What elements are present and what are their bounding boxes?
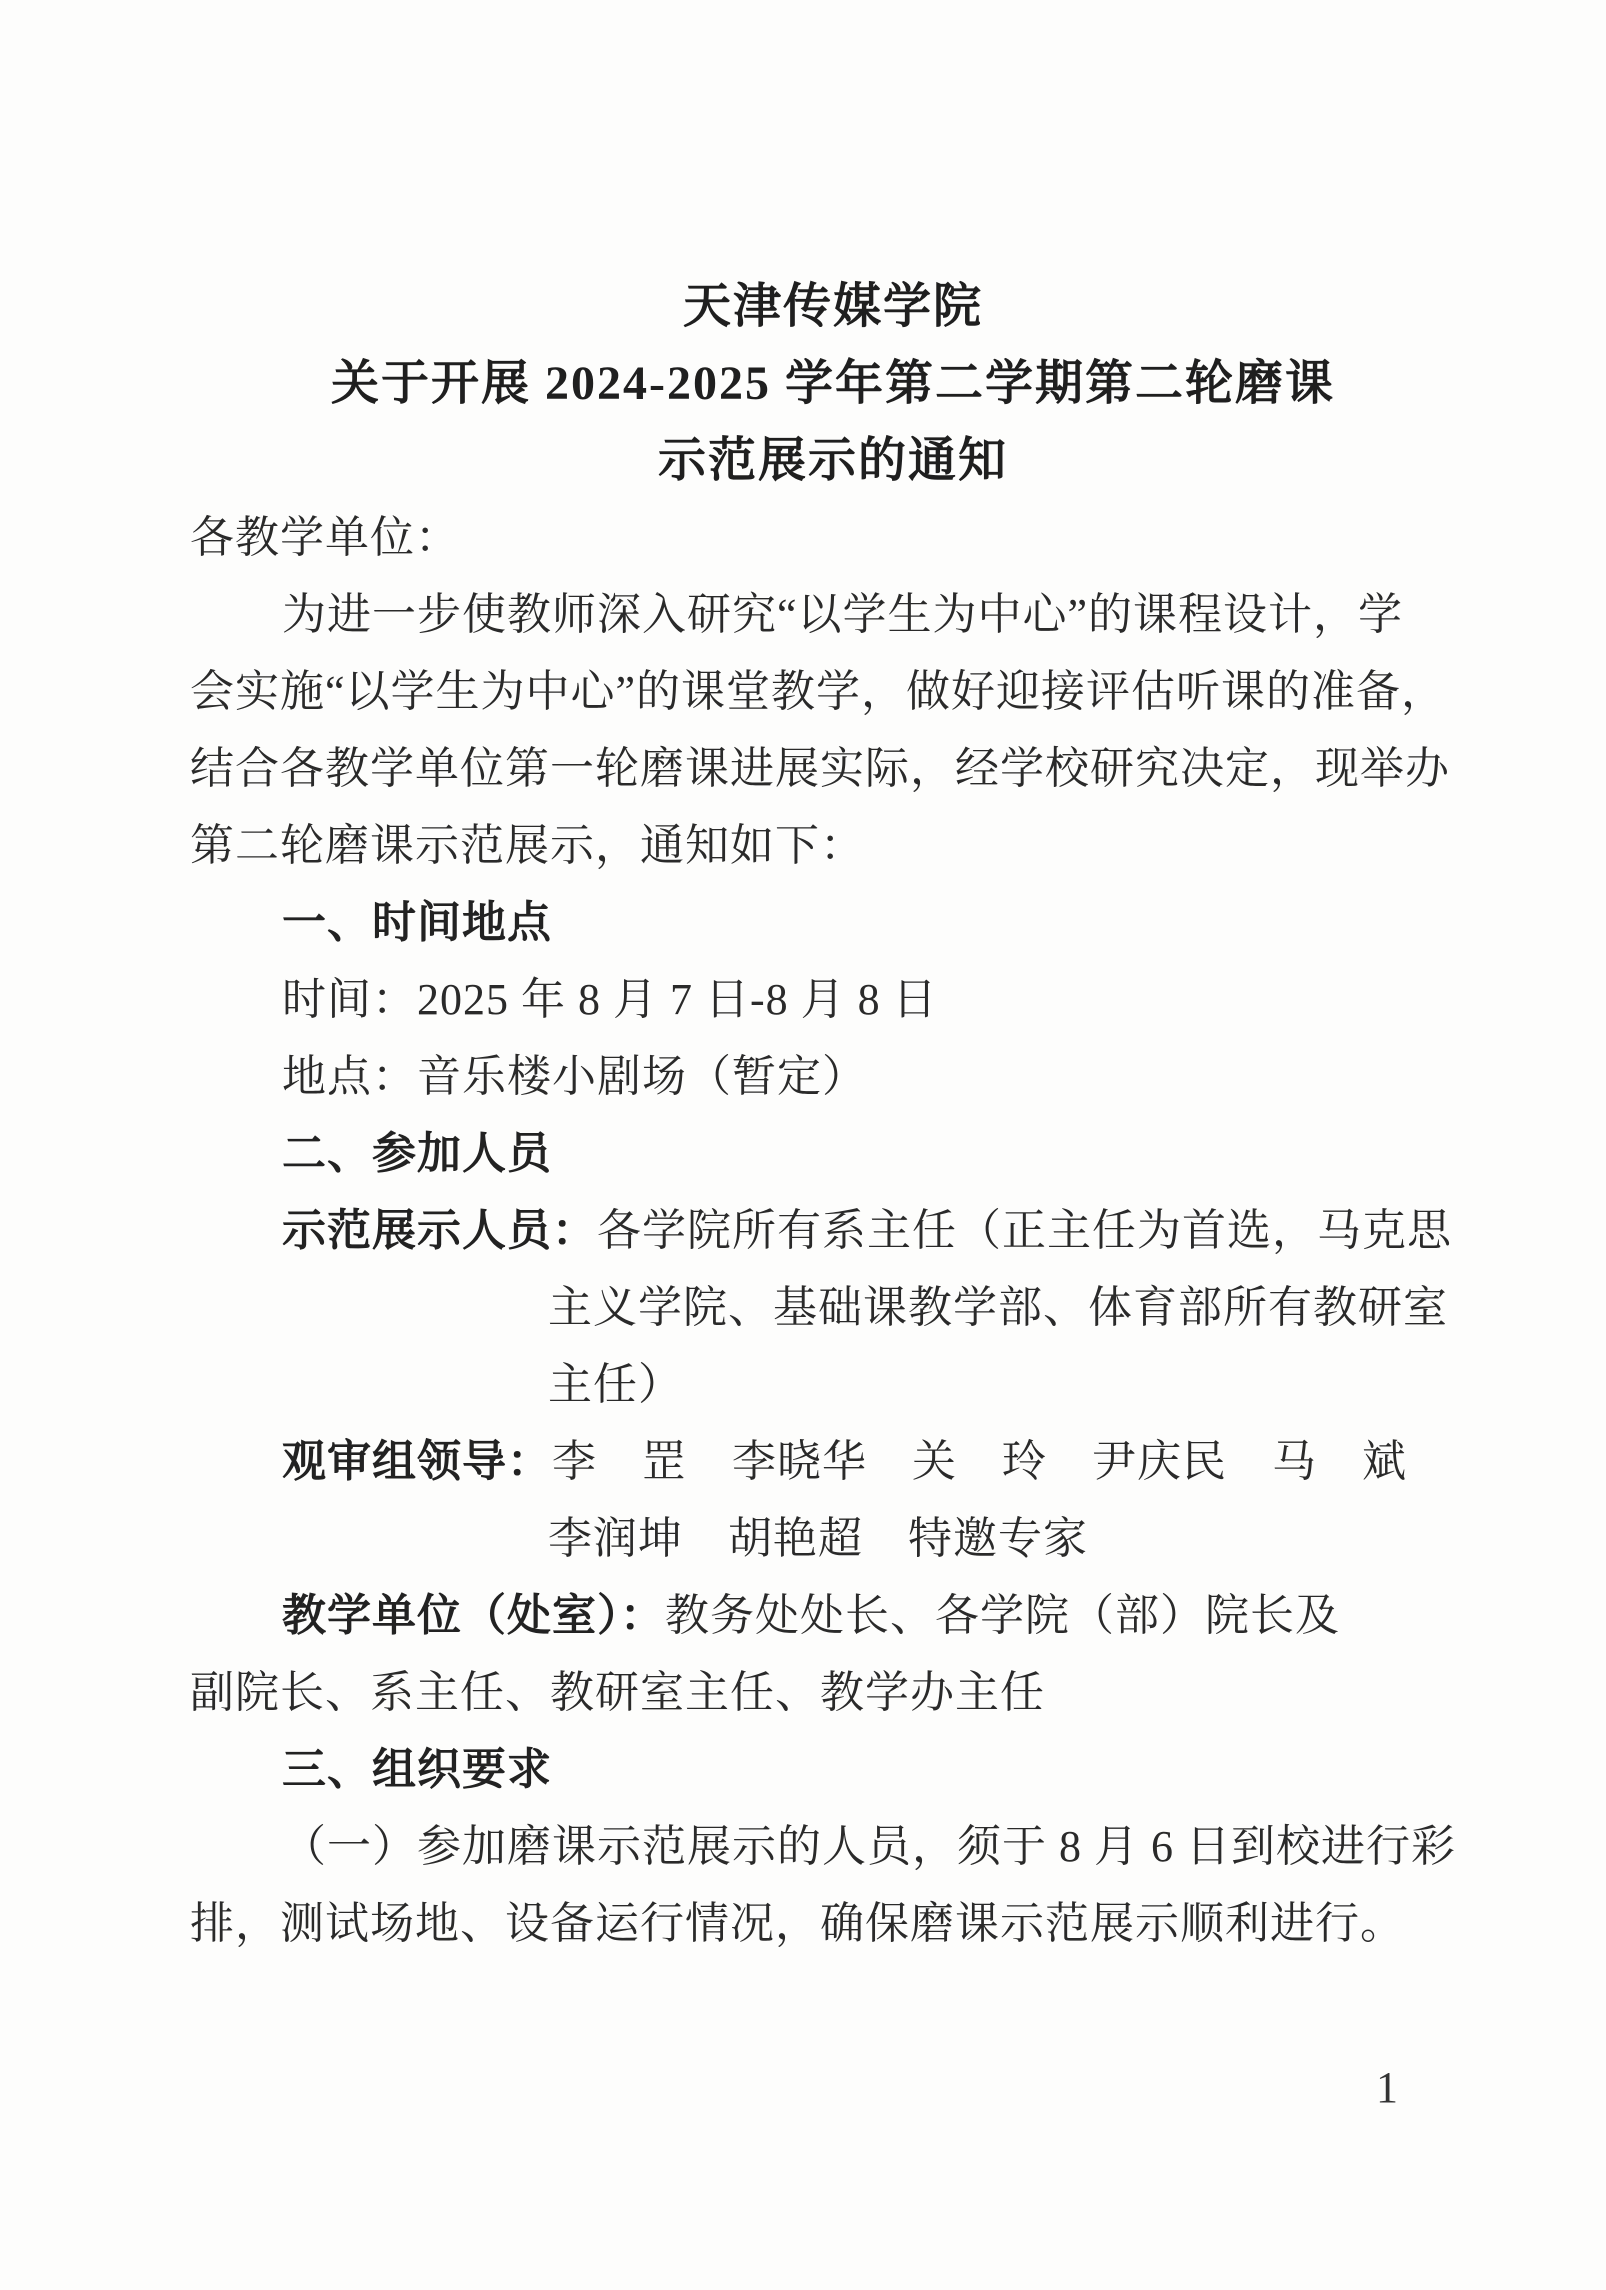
intro-line-2: 会实施“以学生为中心”的课堂教学，做好迎接评估听课的准备， (190, 653, 1476, 730)
demo-staff-label: 示范展示人员： (282, 1206, 597, 1255)
document-page: 天津传媒学院 关于开展 2024-2025 学年第二学期第二轮磨课 示范展示的通… (0, 0, 1606, 2290)
doc-title-line2: 关于开展 2024-2025 学年第二学期第二轮磨课 (190, 345, 1476, 422)
salutation: 各教学单位： (190, 499, 1476, 576)
doc-title-line3: 示范展示的通知 (190, 422, 1476, 499)
teaching-unit-label: 教学单位（处室）： (282, 1591, 665, 1640)
section1-place-line: 地点：音乐楼小剧场（暂定） (190, 1038, 1476, 1115)
section3-item1-line-1: （一）参加磨课示范展示的人员，须于 8 月 6 日到校进行彩 (190, 1808, 1476, 1885)
doc-title-line1: 天津传媒学院 (190, 268, 1476, 345)
review-leaders-line: 观审组领导：李 罡 李晓华 关 玲 尹庆民 马 斌 (190, 1423, 1476, 1500)
page-number: 1 (1376, 2058, 1398, 2118)
section2-heading: 二、参加人员 (190, 1115, 1476, 1192)
document-content: 天津传媒学院 关于开展 2024-2025 学年第二学期第二轮磨课 示范展示的通… (190, 268, 1476, 1962)
demo-staff-line-3: 主任） (190, 1346, 1476, 1423)
demo-staff-line: 示范展示人员：各学院所有系主任（正主任为首选，马克思 (190, 1192, 1476, 1269)
review-leaders-names: 李 罡 李晓华 关 玲 尹庆民 马 斌 (552, 1437, 1407, 1486)
teaching-unit-line-2: 副院长、系主任、教研室主任、教学办主任 (190, 1654, 1476, 1731)
review-leaders-label: 观审组领导： (282, 1437, 552, 1486)
demo-staff-text: 各学院所有系主任（正主任为首选，马克思 (597, 1206, 1452, 1255)
section3-heading: 三、组织要求 (190, 1731, 1476, 1808)
teaching-unit-text: 教务处处长、各学院（部）院长及 (665, 1591, 1340, 1640)
section1-heading: 一、时间地点 (190, 884, 1476, 961)
section3-item1-line-2: 排，测试场地、设备运行情况，确保磨课示范展示顺利进行。 (190, 1885, 1476, 1962)
review-leaders-line-2: 李润坤 胡艳超 特邀专家 (190, 1500, 1476, 1577)
teaching-unit-line: 教学单位（处室）：教务处处长、各学院（部）院长及 (190, 1577, 1476, 1654)
intro-line-4: 第二轮磨课示范展示，通知如下： (190, 807, 1476, 884)
intro-line-3: 结合各教学单位第一轮磨课进展实际，经学校研究决定，现举办 (190, 730, 1476, 807)
intro-line-1: 为进一步使教师深入研究“以学生为中心”的课程设计，学 (190, 576, 1476, 653)
demo-staff-line-2: 主义学院、基础课教学部、体育部所有教研室 (190, 1269, 1476, 1346)
section1-time-line: 时间：2025 年 8 月 7 日-8 月 8 日 (190, 961, 1476, 1038)
